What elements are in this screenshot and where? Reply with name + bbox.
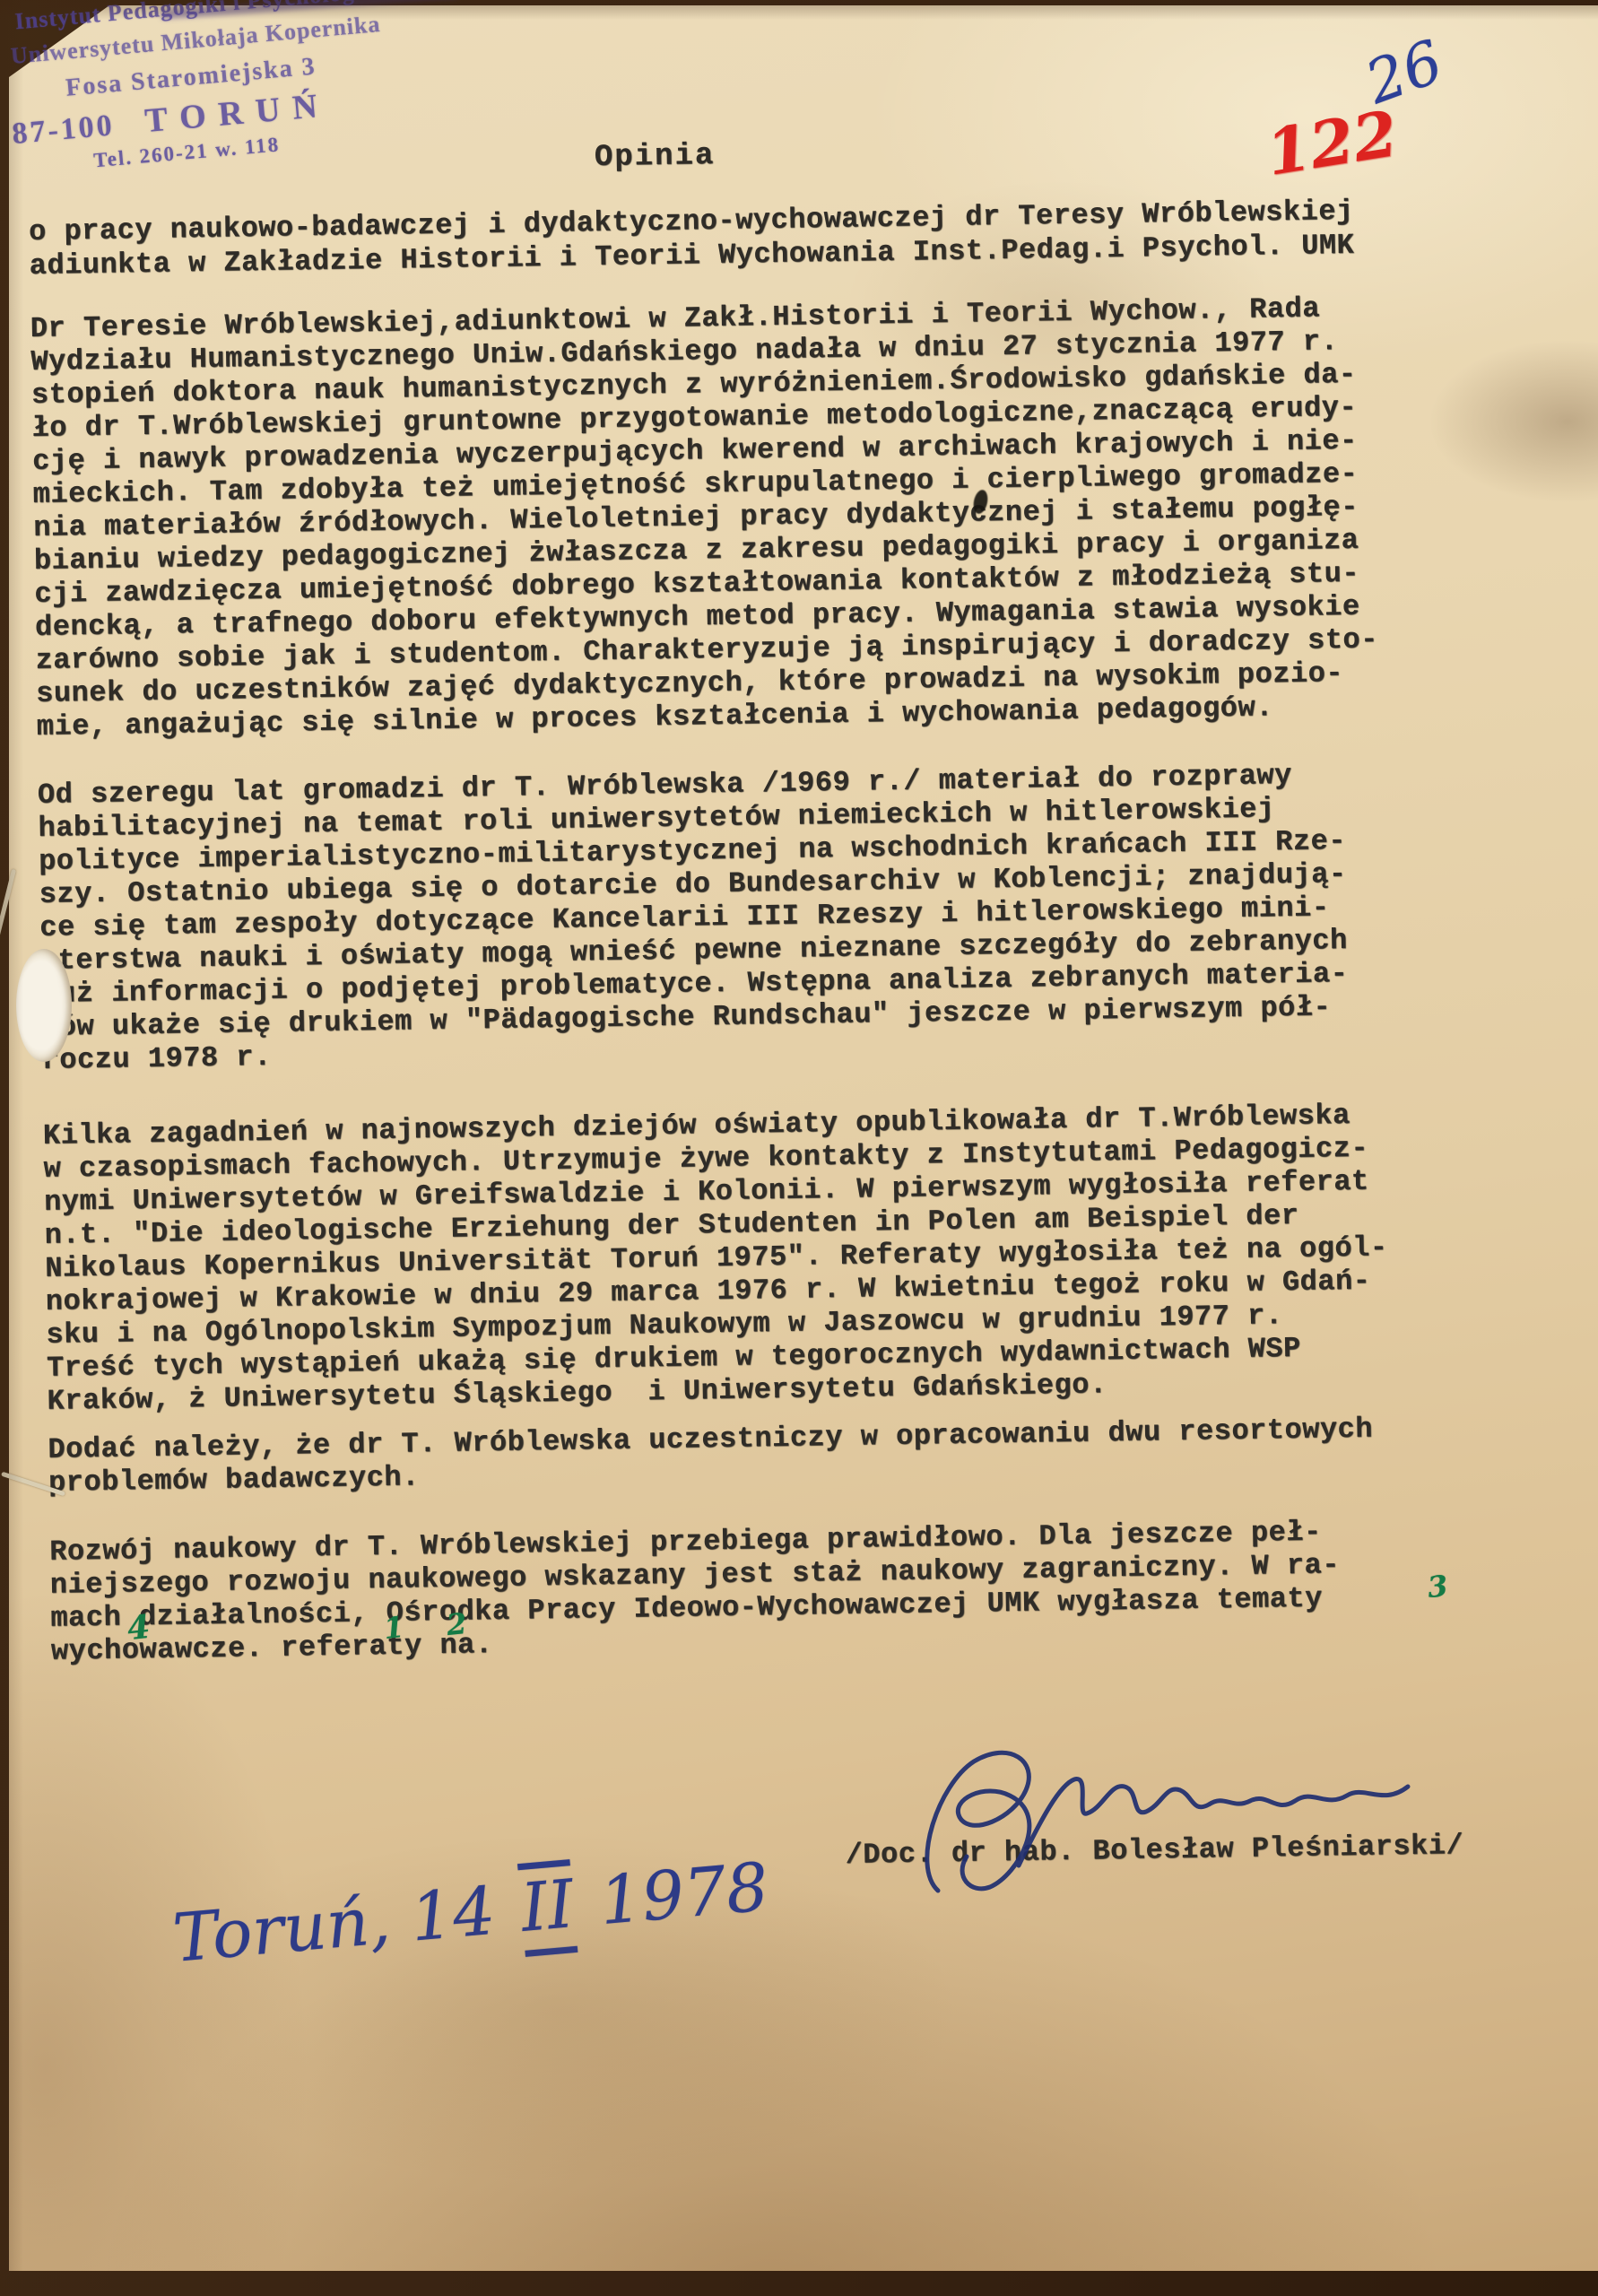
punch-hole: [16, 949, 72, 1062]
paragraph-4: Dodać należy, że dr T. Wróblewska uczest…: [48, 1413, 1374, 1500]
paragraph-3: Kilka zagadnień w najnowszych dziejów oś…: [43, 1098, 1390, 1417]
scanned-document-photo: Instytut Pedagogiki i Psychologii Uniwer…: [0, 0, 1598, 2296]
date-year: 1978: [576, 1848, 772, 1942]
document-title: Opinia: [595, 140, 716, 175]
paragraph-1: Dr Teresie Wróblewskiej,adiunktowi w Zak…: [30, 291, 1379, 743]
date-month-roman: II: [513, 1865, 583, 1948]
handwritten-signature: [884, 1731, 1458, 1901]
green-annotation-number: 3: [1426, 1569, 1449, 1605]
green-annotation-number: 2: [445, 1606, 468, 1642]
green-annotation-number: 1: [382, 1610, 405, 1646]
document-subtitle: o pracy naukowo-badawczej i dydaktyczno-…: [29, 195, 1355, 283]
green-annotation-number: 4: [126, 1608, 152, 1648]
paragraph-5: Rozwój naukowy dr T. Wróblewskiej przebi…: [49, 1515, 1341, 1668]
paragraph-2: Od szeregu lat gromadzi dr T. Wróblewska…: [38, 758, 1350, 1077]
